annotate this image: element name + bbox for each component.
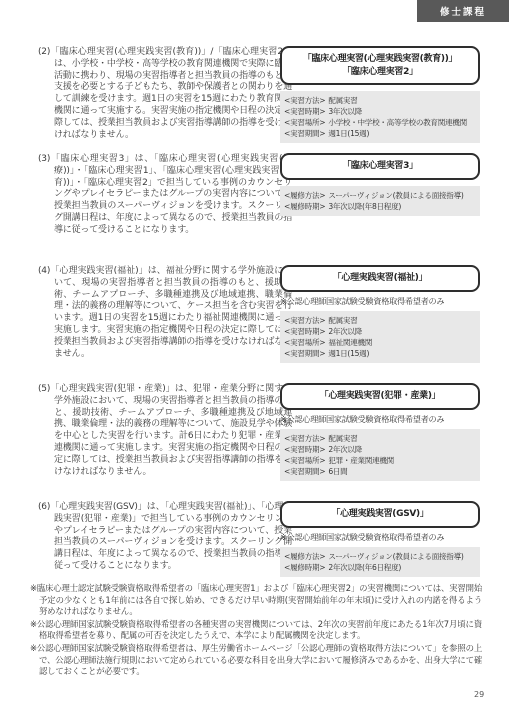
section-6-paragraph: (6)「心理実践実習(GSV)」は、「心理実践実習(福祉)」、「心理実践実習(犯… — [38, 502, 292, 573]
section-number: (5) — [38, 384, 50, 394]
detail-row: <履修方法>スーパーヴィジョン(教員による面接指導) — [284, 190, 476, 201]
section-4-paragraph: (4)「心理実践実習(福祉)」は、福祉分野に関する学外施設において、現場の実習指… — [38, 266, 292, 360]
detail-label: <実習期間> — [284, 129, 325, 138]
section-2-paragraph: (2)「臨床心理実習(心理実践実習(教育))」/「臨床心理実習2」は、小学校・中… — [38, 47, 292, 141]
detail-label: <実習場所> — [284, 338, 325, 347]
detail-row: <履修方法>スーパーヴィジョン(教員による面接指導) — [284, 551, 476, 562]
detail-value: 週1日(15週) — [328, 349, 369, 358]
card-details: <実習方法>配属実習 <実習時期>2年次以降 <実習場所>福祉関連機関 <実習期… — [280, 311, 480, 363]
detail-row: <実習方法>配属実習 — [284, 95, 476, 106]
detail-label: <履修時期> — [284, 563, 325, 572]
detail-label: <履修方法> — [284, 191, 325, 200]
detail-label: <実習時期> — [284, 445, 325, 454]
card-title-line: 「心理実践実習(GSV)」 — [285, 508, 475, 521]
detail-value: 配属実習 — [328, 434, 357, 443]
detail-value: 配属実習 — [328, 96, 357, 105]
detail-value: 配属実習 — [328, 316, 357, 325]
detail-value: 週1日(15週) — [328, 129, 369, 138]
section-body: 「臨床心理実習3」は、「臨床心理実習(心理実践実習(医療))」・「臨床心理実習1… — [50, 154, 292, 235]
detail-row: <履修時期>3年次以降(年8日程度) — [284, 201, 476, 212]
detail-label: <実習時期> — [284, 327, 325, 336]
detail-value: 2年次以降 — [328, 327, 362, 336]
detail-value: スーパーヴィジョン(教員による面接指導) — [328, 552, 463, 561]
detail-row: <実習方法>配属実習 — [284, 433, 476, 444]
card-title: 「心理実践実習(犯罪・産業)」 — [280, 383, 480, 410]
section-body: 「臨床心理実習(心理実践実習(教育))」/「臨床心理実習2」は、小学校・中学校・… — [50, 47, 292, 140]
program-level-tab: 修士課程 — [417, 0, 509, 22]
detail-row: <実習場所>小学校・中学校・高等学校の教育関連機関 — [284, 117, 476, 128]
card-title: 「臨床心理実習(心理実践実習(教育))」 「臨床心理実習2」 — [280, 46, 480, 85]
detail-row: <実習時期>3年次以降 — [284, 106, 476, 117]
section-number: (2) — [38, 47, 50, 57]
card-title-line: 「心理実践実習(福祉)」 — [285, 272, 475, 285]
detail-row: <実習期間>6日間 — [284, 466, 476, 477]
detail-label: <実習期間> — [284, 467, 325, 476]
detail-value: 小学校・中学校・高等学校の教育関連機関 — [328, 118, 467, 127]
card-title-line: 「臨床心理実習2」 — [285, 66, 475, 79]
section-6-summary-card: 「心理実践実習(GSV)」 ※公認心理師国家試験受験資格取得希望者のみ <履修方… — [280, 501, 480, 577]
document-page: 修士課程 (2)「臨床心理実習(心理実践実習(教育))」/「臨床心理実習2」は、… — [0, 0, 509, 720]
detail-label: <実習方法> — [284, 434, 325, 443]
card-details: <実習方法>配属実習 <実習時期>2年次以降 <実習場所>犯罪・産業関連機関 <… — [280, 429, 480, 481]
detail-value: 2年次以降 — [328, 445, 362, 454]
section-body: 「心理実践実習(犯罪・産業)」は、犯罪・産業分野に関する学外施設において、現場の… — [50, 384, 292, 477]
card-details: <履修方法>スーパーヴィジョン(教員による面接指導) <履修時期>2年次以降(年… — [280, 547, 480, 577]
detail-label: <実習場所> — [284, 118, 325, 127]
detail-row: <実習期間>週1日(15週) — [284, 128, 476, 139]
section-3-summary-card: 「臨床心理実習3」 <履修方法>スーパーヴィジョン(教員による面接指導) <履修… — [280, 153, 480, 216]
card-title: 「心理実践実習(福祉)」 — [280, 265, 480, 292]
detail-row: <実習場所>福祉関連機関 — [284, 337, 476, 348]
detail-value: 6日間 — [328, 467, 347, 476]
detail-value: 福祉関連機関 — [328, 338, 372, 347]
card-eligibility-note: ※公認心理師国家試験受験資格取得希望者のみ — [280, 414, 480, 425]
card-title: 「心理実践実習(GSV)」 — [280, 501, 480, 528]
section-number: (4) — [38, 266, 50, 276]
detail-value: 3年次以降(年8日程度) — [328, 202, 401, 211]
section-number: (3) — [38, 154, 50, 164]
section-body: 「心理実践実習(GSV)」は、「心理実践実習(福祉)」、「心理実践実習(犯罪・産… — [50, 502, 292, 571]
card-title-line: 「臨床心理実習3」 — [285, 160, 475, 173]
footnote: ※公認心理師国家試験受験資格取得希望者の各種実習の実習機関については、2年次の実… — [30, 619, 482, 642]
section-4-summary-card: 「心理実践実習(福祉)」 ※公認心理師国家試験受験資格取得希望者のみ <実習方法… — [280, 265, 480, 363]
card-title-line: 「心理実践実習(犯罪・産業)」 — [285, 390, 475, 403]
card-eligibility-note: ※公認心理師国家試験受験資格取得希望者のみ — [280, 296, 480, 307]
card-eligibility-note: ※公認心理師国家試験受験資格取得希望者のみ — [280, 532, 480, 543]
card-details: <実習方法>配属実習 <実習時期>3年次以降 <実習場所>小学校・中学校・高等学… — [280, 91, 480, 143]
detail-value: 2年次以降(年6日程度) — [328, 563, 401, 572]
detail-label: <履修時期> — [284, 202, 325, 211]
card-title: 「臨床心理実習3」 — [280, 153, 480, 180]
detail-row: <実習期間>週1日(15週) — [284, 348, 476, 359]
card-details: <履修方法>スーパーヴィジョン(教員による面接指導) <履修時期>3年次以降(年… — [280, 186, 480, 216]
footnote: ※公認心理師国家試験受験資格取得希望者は、厚生労働省ホームページ「公認心理師の資… — [30, 643, 482, 678]
detail-label: <実習場所> — [284, 456, 325, 465]
footnote: ※臨床心理士認定試験受験資格取得希望者の「臨床心理実習1」および「臨床心理実習2… — [30, 583, 482, 618]
detail-label: <履修方法> — [284, 552, 325, 561]
section-body: 「心理実践実習(福祉)」は、福祉分野に関する学外施設において、現場の実習指導者と… — [50, 266, 292, 359]
detail-value: スーパーヴィジョン(教員による面接指導) — [328, 191, 463, 200]
page-number: 29 — [474, 690, 484, 699]
detail-row: <実習時期>2年次以降 — [284, 444, 476, 455]
section-3-paragraph: (3)「臨床心理実習3」は、「臨床心理実習(心理実践実習(医療))」・「臨床心理… — [38, 154, 292, 237]
detail-row: <実習方法>配属実習 — [284, 315, 476, 326]
section-number: (6) — [38, 502, 50, 512]
footnotes: ※臨床心理士認定試験受験資格取得希望者の「臨床心理実習1」および「臨床心理実習2… — [30, 583, 482, 679]
detail-row: <履修時期>2年次以降(年6日程度) — [284, 562, 476, 573]
detail-value: 犯罪・産業関連機関 — [328, 456, 394, 465]
detail-row: <実習時期>2年次以降 — [284, 326, 476, 337]
detail-label: <実習時期> — [284, 107, 325, 116]
detail-label: <実習方法> — [284, 316, 325, 325]
detail-label: <実習期間> — [284, 349, 325, 358]
section-5-paragraph: (5)「心理実践実習(犯罪・産業)」は、犯罪・産業分野に関する学外施設において、… — [38, 384, 292, 478]
card-title-line: 「臨床心理実習(心理実践実習(教育))」 — [285, 53, 475, 66]
section-5-summary-card: 「心理実践実習(犯罪・産業)」 ※公認心理師国家試験受験資格取得希望者のみ <実… — [280, 383, 480, 481]
section-2-summary-card: 「臨床心理実習(心理実践実習(教育))」 「臨床心理実習2」 <実習方法>配属実… — [280, 46, 480, 143]
detail-value: 3年次以降 — [328, 107, 362, 116]
detail-label: <実習方法> — [284, 96, 325, 105]
detail-row: <実習場所>犯罪・産業関連機関 — [284, 455, 476, 466]
